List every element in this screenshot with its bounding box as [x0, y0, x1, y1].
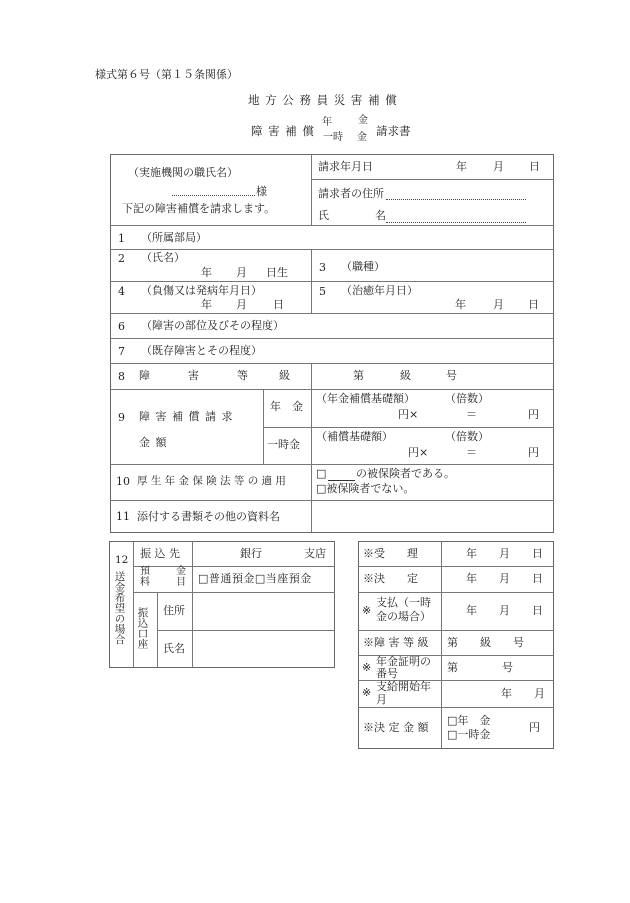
divider [311, 154, 312, 225]
name-field[interactable] [386, 222, 526, 223]
deposit-label-c: 料 [140, 578, 150, 588]
claim-month: 月 [493, 161, 504, 172]
office-grade-label: ※障 害 等 級 [363, 637, 429, 648]
bank-label: 銀行 [240, 548, 262, 559]
office-decided-label: ※決 定 [363, 573, 418, 584]
office-payment-value: 年 月 日 [466, 605, 543, 616]
office-cert-mark: ※ [362, 662, 371, 673]
office-start-label-1: 支給開始年 [376, 681, 431, 692]
row10-num: 10 [116, 476, 130, 487]
office-payment-label-2: 金の場合） [376, 611, 431, 622]
lump-multiplier-label: （倍数） [445, 431, 489, 442]
office-cert-value: 第 号 [447, 662, 513, 673]
office-payment-label-1: 支払（一時 [376, 597, 431, 608]
deposit-type-options[interactable]: □普通預金□当座預金 [198, 573, 312, 584]
claim-year: 年 [456, 161, 467, 172]
office-amount-label: ※決 定 金 額 [363, 722, 429, 733]
row3-num: 3 [319, 262, 326, 273]
form-number: 様式第６号（第１５条関係） [95, 69, 238, 80]
deposit-label-a: 預 [140, 567, 150, 577]
subtitle-prefix: 障 害 補 償 [251, 126, 315, 138]
row8-char-1: 障 [139, 370, 150, 381]
office-received-label: ※受 理 [363, 548, 418, 559]
claim-date-label: 請求年月日 [318, 161, 373, 172]
office-decided-value: 年 月 日 [466, 573, 543, 584]
name-label-1: 氏 [318, 210, 329, 221]
row2-month: 月 [236, 267, 247, 278]
row5-day: 日 [528, 299, 539, 310]
row1-label: （所属部局） [141, 232, 207, 243]
divider [110, 389, 554, 390]
office-payment-mark: ※ [362, 605, 371, 616]
row7-num: 7 [118, 346, 125, 357]
row4-label: （負傷又は発病年月日） [141, 285, 262, 296]
row7-label: （既存障害とその程度） [141, 345, 262, 356]
row4-day: 日 [273, 299, 284, 310]
divider [110, 313, 554, 314]
divider [358, 566, 554, 567]
office-start-value: 年 月 [501, 688, 545, 699]
office-start-mark: ※ [362, 687, 371, 698]
office-cert-label-1: 年金証明の [376, 656, 431, 667]
request-text: 下記の障害補償を請求します。 [122, 203, 275, 214]
lump-yen: 円 [528, 447, 539, 458]
deposit-label-b: 金 [176, 567, 186, 577]
deposit-label-d: 目 [176, 578, 186, 588]
divider [110, 363, 554, 364]
account-label: 振込口座 [137, 607, 148, 649]
remit-side-label: 送金希望の場合 [114, 571, 125, 645]
row2-num: 2 [118, 253, 125, 264]
row9-label-line1: 障 害 補 償 請 求 [139, 411, 233, 422]
subtitle-bottom: 一時 [323, 133, 343, 143]
claim-day: 日 [529, 161, 540, 172]
row2-year: 年 [201, 267, 212, 278]
row11-num: 11 [116, 511, 130, 522]
divider [358, 592, 554, 593]
pension-multiplier-label: （倍数） [445, 393, 489, 404]
branch-label: 支店 [304, 548, 326, 559]
not-insured-option[interactable]: □被保険者でない。 [316, 483, 414, 494]
agency-name-field[interactable] [172, 195, 255, 196]
row5-label: （治癒年月日） [341, 285, 418, 296]
divider [263, 427, 554, 428]
office-received-value: 年 月 日 [466, 548, 543, 559]
address-label: 請求者の住所 [318, 188, 384, 199]
divider [441, 541, 442, 749]
subtitle-top-right: 金 [358, 116, 368, 126]
office-cert-label-2: 番号 [376, 668, 398, 679]
office-grade-value: 第 級 号 [447, 637, 524, 648]
row11-label: 添付する書類その他の資料名 [137, 511, 280, 522]
grade-go: 号 [446, 370, 457, 381]
address-field[interactable] [386, 199, 526, 200]
row5-year: 年 [455, 299, 466, 310]
subtitle-bottom-right: 金 [357, 133, 367, 143]
row4-month: 月 [236, 299, 247, 310]
divider [110, 464, 554, 465]
agency-label: （実施機関の職氏名） [128, 167, 238, 178]
row8-num: 8 [118, 371, 125, 382]
row2-label: （氏名） [141, 252, 185, 263]
divider [110, 500, 554, 501]
row6-label: （障害の部位及びその程度） [141, 320, 284, 331]
pension-equals: ＝ [466, 409, 477, 420]
divider [110, 225, 554, 226]
insured-text: の被保険者である。 [356, 468, 455, 479]
lump-label: 一時金 [267, 439, 300, 450]
account-address-label: 住所 [163, 605, 185, 616]
subtitle-suffix: 請求書 [376, 126, 411, 138]
row1-num: 1 [118, 233, 125, 244]
divider [110, 281, 554, 282]
divider [263, 389, 264, 464]
subtitle-top-left: 年 [322, 118, 332, 128]
divider [358, 707, 554, 708]
divider [110, 338, 554, 339]
lump-equals: ＝ [466, 447, 477, 458]
row2-birth: 日生 [266, 267, 288, 278]
row5-month: 月 [493, 299, 504, 310]
pension-base-label: （年金補償基礎額） [316, 393, 415, 404]
remit-num: 12 [115, 555, 128, 566]
grade-dai: 第 [353, 370, 364, 381]
page-title: 地 方 公 務 員 災 害 補 償 [248, 95, 398, 107]
row10-label: 厚 生 年 金 保 険 法 等 の 適 用 [137, 476, 286, 487]
office-amount-lump[interactable]: □一時金 [447, 729, 490, 740]
row5-num: 5 [319, 286, 326, 297]
sama-label: 様 [256, 186, 267, 197]
row8-char-2: 害 [188, 370, 199, 381]
office-amount-yen: 円 [529, 722, 540, 733]
row9-num: 9 [118, 412, 125, 423]
divider [311, 179, 554, 180]
account-name-label: 氏名 [163, 643, 185, 654]
divider [358, 630, 554, 631]
divider [133, 566, 335, 567]
divider [133, 541, 134, 668]
row8-char-4: 級 [279, 370, 290, 381]
office-start-label-2: 月 [376, 694, 387, 705]
pension-label: 年 金 [270, 401, 303, 412]
divider [311, 249, 312, 313]
dest-label: 振 込 先 [140, 548, 180, 559]
row8-char-3: 等 [237, 370, 248, 381]
row3-label: （職種） [341, 261, 385, 272]
row4-num: 4 [118, 286, 125, 297]
account-name-field[interactable] [193, 631, 334, 667]
insured-checkbox[interactable]: □ [316, 468, 326, 479]
lump-base-label: （補償基礎額） [316, 431, 393, 442]
row4-year: 年 [201, 299, 212, 310]
pension-yen: 円 [528, 409, 539, 420]
office-amount-pension[interactable]: □年 金 [447, 715, 490, 726]
insurance-type-field[interactable] [328, 480, 355, 481]
account-address-field[interactable] [193, 593, 334, 629]
grade-kyu: 級 [400, 370, 411, 381]
divider [110, 249, 554, 250]
divider [311, 363, 312, 533]
row9-label-line2: 金 額 [139, 437, 168, 448]
name-label-2: 名 [375, 210, 386, 221]
lump-yen-times: 円× [408, 447, 428, 458]
pension-yen-times: 円× [398, 409, 418, 420]
row6-num: 6 [118, 321, 125, 332]
